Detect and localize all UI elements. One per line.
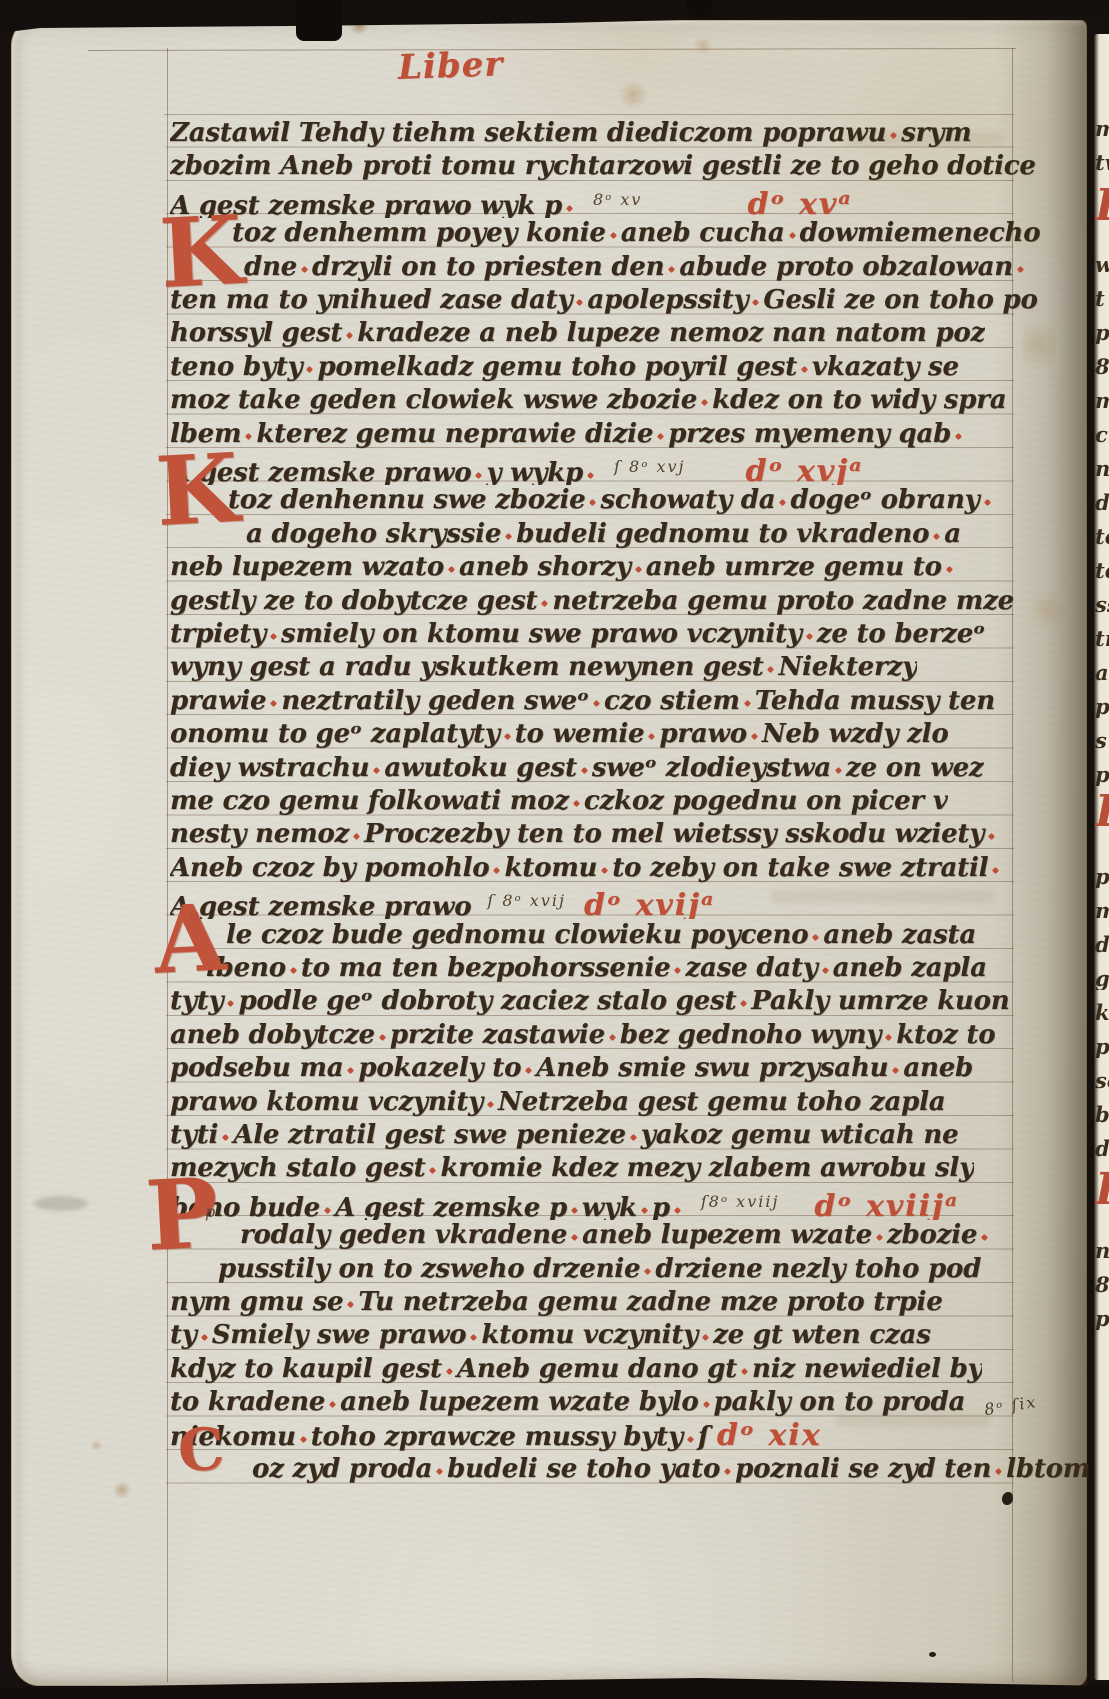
red-point: [504, 733, 511, 740]
red-point: [668, 266, 675, 273]
text-line: nym gmu seTu netrzeba gemu zadne mze pro…: [170, 1287, 943, 1320]
red-point: [885, 1034, 892, 1041]
facing-page-fragment: p: [1095, 764, 1109, 786]
facing-page-fragment: s: [1095, 730, 1109, 752]
text-line: Aneb czoz by pomohloktomuto zeby on take…: [170, 853, 1003, 886]
facing-page-fragment: n: [1095, 1240, 1109, 1262]
red-point: [822, 967, 829, 974]
text-line: prawieneztratily geden sweᵒczo stiemTehd…: [170, 686, 995, 719]
red-point: [571, 1234, 578, 1241]
red-point: [379, 1034, 386, 1041]
red-point: [324, 1207, 331, 1214]
facing-page-fragment: a: [1095, 662, 1109, 684]
text-line: onomu to geᵒ zaplatytyto wemieprawoNeb w…: [170, 719, 948, 752]
illuminated-initial: K: [154, 446, 241, 536]
text-line: horssyl gestkradeze a neb lupeze nemoz n…: [170, 318, 985, 351]
red-point: [222, 1134, 229, 1141]
text-line: toz denhemm poyey konieaneb cuchadowmiem…: [232, 218, 1040, 251]
red-point: [630, 1134, 637, 1141]
text-line: nesty nemozProczezby ten to mel wietssy …: [170, 819, 999, 852]
red-point: [801, 366, 808, 373]
red-point: [373, 767, 380, 774]
red-point: [876, 1234, 883, 1241]
red-point: [981, 1234, 988, 1241]
red-point: [806, 633, 813, 640]
red-point: [587, 472, 594, 479]
facing-page-fragment: ss: [1095, 594, 1109, 616]
red-point: [995, 1468, 1002, 1475]
facing-page-fragment: P: [1095, 1170, 1109, 1210]
chapter-number-label: dᵒ xvijᵃ: [584, 888, 715, 919]
facing-page-fragment: m: [1095, 900, 1109, 922]
red-point: [566, 205, 573, 212]
red-point: [329, 1401, 336, 1408]
text-line: diey wstrachuawutoku gestsweᵒ zlodieystw…: [170, 753, 984, 786]
facing-page-fragment: p: [1095, 322, 1109, 344]
facing-page-fragment: d: [1095, 1138, 1109, 1160]
text-line: a dogeho skryssiebudeli gednomu to vkrad…: [246, 519, 961, 552]
facing-page-fragment: gg: [1095, 968, 1109, 990]
red-point: [493, 867, 500, 874]
facing-page-fragment: E: [1095, 792, 1109, 832]
red-point: [741, 1368, 748, 1375]
red-point: [505, 533, 512, 540]
red-point: [779, 499, 786, 506]
red-point: [446, 1368, 453, 1375]
red-point: [1017, 266, 1024, 273]
red-point: [892, 1067, 899, 1074]
red-point: [701, 399, 708, 406]
red-point: [576, 299, 583, 306]
facing-page-fragment: m: [1095, 390, 1109, 412]
red-point: [306, 366, 313, 373]
text-line: gestly ze to dobytcze gestnetrzeba gemu …: [170, 586, 1014, 619]
text-line: me czo gemu folkowati mozczkoz pogednu o…: [170, 786, 948, 819]
chapter-number-label: dᵒ xvjᵃ: [745, 454, 863, 485]
red-point: [581, 767, 588, 774]
chapter-number-label: dᵒ xix: [717, 1421, 822, 1453]
red-point: [475, 472, 482, 479]
text-line: mezych stalo gestkromie kdez mezy zlabem…: [170, 1153, 974, 1186]
facing-page-fragment: to: [1095, 526, 1109, 548]
red-point: [270, 700, 277, 707]
red-point: [946, 566, 953, 573]
chapter-number-label: dᵒ xviijᵃ: [814, 1189, 959, 1220]
text-line: neb lupezem wzatoaneb shorzyaneb umrze g…: [170, 552, 957, 585]
folio-reference: 8ᵒ xv: [593, 190, 643, 209]
text-line: pusstily on to zsweho drzeniedrziene nez…: [218, 1254, 981, 1287]
red-point: [751, 733, 758, 740]
folio-reference: ſ 8ᵒ xvj: [614, 457, 685, 476]
text-line: tytypodle geᵒ dobroty zaciez stalo gestP…: [170, 986, 1009, 1019]
facing-page-fragment: ka: [1095, 1002, 1109, 1024]
red-point: [541, 600, 548, 607]
facing-page-fragment: b: [1095, 1104, 1109, 1126]
red-point: [702, 1334, 709, 1341]
red-point: [571, 1207, 578, 1214]
text-line: moz take geden clowiek wswe zboziekdez o…: [170, 385, 1006, 418]
chapter-number-label: dᵒ xvᵃ: [747, 187, 852, 218]
red-point: [290, 967, 297, 974]
red-point: [347, 1301, 354, 1308]
red-point: [835, 767, 842, 774]
red-point: [657, 433, 664, 440]
running-title: Liber: [397, 44, 503, 88]
red-point: [744, 700, 751, 707]
facing-page-fragment: d: [1095, 934, 1109, 956]
red-point: [988, 833, 995, 840]
red-point: [300, 1436, 307, 1443]
red-point: [245, 433, 252, 440]
facing-page-fragment: d: [1095, 492, 1109, 514]
red-point: [573, 800, 580, 807]
text-line: trpietysmiely on ktomu swe prawo vczynit…: [170, 619, 985, 652]
red-point: [593, 700, 600, 707]
red-point: [525, 1067, 532, 1074]
red-point: [724, 1468, 731, 1475]
text-line: oz zyd prodabudeli se toho yatopoznali s…: [252, 1454, 1090, 1487]
ruling-header-line: [164, 114, 1014, 115]
facing-page-fragment: ct: [1095, 424, 1109, 446]
heading-line: A gest zemske prawoy wykpſ 8ᵒ xvjdᵒ xvjᵃ: [170, 452, 863, 485]
heading-line: A gest zemske prawo wyk p8ᵒ xvdᵒ xvᵃ: [170, 185, 852, 218]
heading-line: A gest zemske prawoſ 8ᵒ xvijdᵒ xvijᵃ: [170, 886, 715, 919]
red-point: [674, 967, 681, 974]
ink-fleck: [929, 1652, 936, 1657]
text-line: lbenoto ma ten bezpohorsseniezase datyan…: [206, 953, 987, 986]
red-point: [201, 1334, 208, 1341]
folio-reference: ſ8ᵒ xviij: [701, 1192, 780, 1211]
red-point: [470, 1334, 477, 1341]
binding-notch: [296, 0, 342, 41]
text-line: aneb dobytczeprzite zastawiebez gednoho …: [170, 1020, 995, 1053]
red-point: [635, 566, 642, 573]
red-point: [703, 1401, 710, 1408]
red-point: [984, 499, 991, 506]
facing-page-fragment: p: [1095, 1036, 1109, 1058]
illuminated-initial: C: [177, 1423, 226, 1478]
red-point: [448, 566, 455, 573]
text-line: prawo ktomu vczynityNetrzeba gest gemu t…: [170, 1087, 945, 1120]
text-line: zbozim Aneb proti tomu rychtarzowi gestl…: [170, 151, 1036, 184]
red-point: [610, 232, 617, 239]
red-point: [752, 299, 759, 306]
folio-reference: ſ 8ᵒ xvij: [487, 891, 566, 910]
red-point: [767, 666, 774, 673]
text-line: rodaly geden vkradeneaneb lupezem wzatez…: [240, 1220, 992, 1253]
text-line: tySmiely swe prawoktomu vczynityze gt wt…: [170, 1320, 931, 1353]
red-point: [644, 1268, 651, 1275]
red-point: [812, 934, 819, 941]
heading-line: beno budeA gest zemske pwykpſ8ᵒ xviijdᵒ …: [170, 1187, 959, 1220]
text-line: podsebu mapokazely toAneb smie swu przys…: [170, 1053, 973, 1086]
red-point: [429, 1167, 436, 1174]
red-point: [641, 1207, 648, 1214]
facing-page-edge: [1094, 34, 1109, 1680]
facing-page-fragment: 8: [1095, 356, 1109, 378]
facing-page-fragment: p: [1095, 696, 1109, 718]
red-point: [609, 1034, 616, 1041]
illuminated-initial: K: [158, 208, 245, 298]
rubricator-guide-letter: a: [190, 906, 199, 924]
red-point: [346, 332, 353, 339]
red-point: [353, 833, 360, 840]
facing-page-fragment: p: [1095, 1308, 1109, 1330]
facing-page-fragment: t: [1095, 288, 1109, 310]
red-point: [436, 1468, 443, 1475]
text-line: Zastawil Tehdy tiehm sektiem diediczom p…: [170, 118, 971, 151]
red-point: [301, 266, 308, 273]
text-line: tytiAle ztratil gest swe peniezeyakoz ge…: [170, 1120, 958, 1153]
red-point: [740, 1000, 747, 1007]
facing-page-fragment: se: [1095, 1070, 1109, 1092]
text-line: toz denhennu swe zbozieschowaty dadogeᵒ …: [228, 485, 995, 518]
text-line: teno bytypomelkadz gemu toho poyril gest…: [170, 352, 959, 385]
facing-page-fragment: tw: [1095, 152, 1109, 174]
red-point: [487, 1101, 494, 1108]
text-line: wyny gest a radu yskutkem newynen gestNi…: [170, 652, 917, 685]
facing-page-fragment: nt: [1095, 458, 1109, 480]
facing-page-fragment: te: [1095, 560, 1109, 582]
red-point: [648, 733, 655, 740]
heading-line: niekomutoho zprawcze mussy bytyſdᵒ xix: [170, 1421, 821, 1454]
red-point: [347, 1067, 354, 1074]
rubricator-guide-letter: p: [205, 1202, 215, 1221]
text-line: lbemkterez gemu neprawie dizieprzes myem…: [170, 419, 966, 452]
text-line: le czoz bude gednomu clowieku poycenoane…: [226, 920, 976, 953]
binding-notch: [686, 0, 712, 16]
red-point: [890, 132, 897, 139]
red-point: [955, 433, 962, 440]
text-line: to kradeneaneb lupezem wzate bylopakly o…: [170, 1387, 965, 1420]
facing-page-fragment: tr: [1095, 628, 1109, 650]
red-point: [589, 499, 596, 506]
text-line: dnedrzyli on to priesten denabude proto …: [244, 252, 1028, 285]
facing-page-fragment: p: [1095, 866, 1109, 888]
red-point: [992, 867, 999, 874]
red-point: [687, 1436, 694, 1443]
red-point: [270, 633, 277, 640]
red-point: [933, 533, 940, 540]
manuscript-photo: Liber 8ᵒ ſix Zastawil Tehdy tiehm sektie…: [0, 0, 1109, 1699]
red-point: [227, 1000, 234, 1007]
text-line: kdyz to kaupil gestAneb gemu dano gtniz …: [170, 1354, 982, 1387]
red-point: [601, 867, 608, 874]
facing-page-fragment: w: [1095, 254, 1109, 276]
red-point: [674, 1207, 681, 1214]
facing-page-fragment: E: [1095, 186, 1109, 226]
facing-page-fragment: m: [1095, 118, 1109, 140]
facing-page-fragment: 8: [1095, 1274, 1109, 1296]
red-point: [789, 232, 796, 239]
text-line: ten ma to ynihued zase datyapolepssityGe…: [170, 285, 1038, 318]
